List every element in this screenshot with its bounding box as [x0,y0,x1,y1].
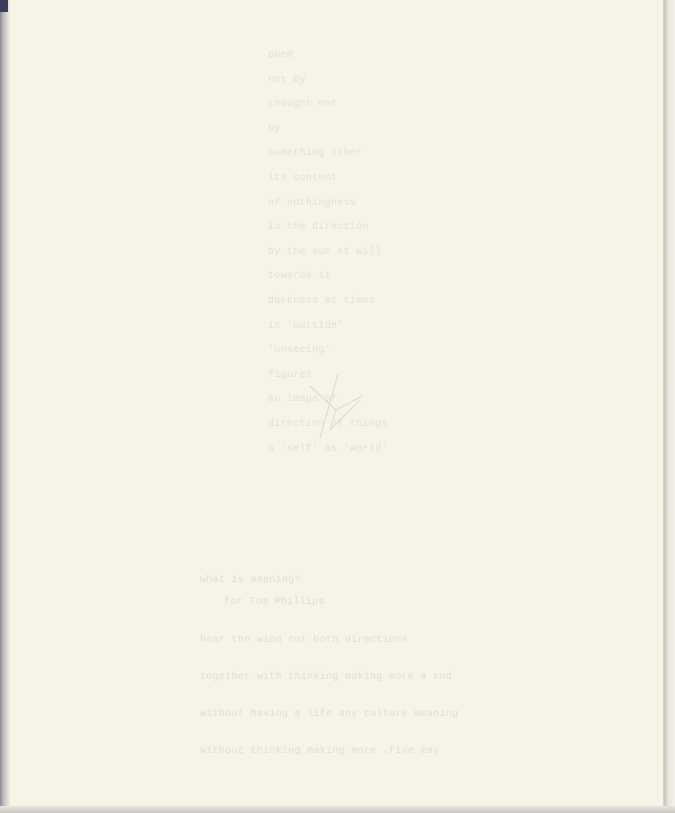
page-right-edge [663,0,675,813]
poem-line: of nothingness [268,192,388,217]
poem-line: by the sun at will [268,241,388,266]
prose-line: together with thinking making more a rod [200,667,458,704]
poem-line: not by [268,69,388,94]
poem-line: thought out [268,93,388,118]
poem-line: towards it [268,265,388,290]
poem-line: something other [268,142,388,167]
poem-line: darkness at times [268,290,388,315]
page-left-binding-edge [0,0,10,813]
page-corner-shadow [0,0,8,12]
prose-dedication: for Tom Phillips [200,592,458,630]
poem-line: its content [268,167,388,192]
signature-mark-icon [300,372,370,442]
poem-line: poem [268,44,388,69]
scanned-page: poem not by thought out by something oth… [0,0,675,813]
poem-line: by [268,118,388,143]
prose-line: without having a life any culture meanin… [200,704,458,741]
prose-line: without thinking making more .five may [200,741,458,778]
poem-line: in 'outside' [268,315,388,340]
poem-line: 'unseeing' [268,339,388,364]
prose-block: what is meaning? for Tom Phillips hear t… [200,570,458,778]
page-bottom-edge [0,806,675,813]
prose-title: what is meaning? [200,570,458,592]
poem-line: in the direction [268,216,388,241]
prose-line: hear the wind cut both directions [200,630,458,667]
